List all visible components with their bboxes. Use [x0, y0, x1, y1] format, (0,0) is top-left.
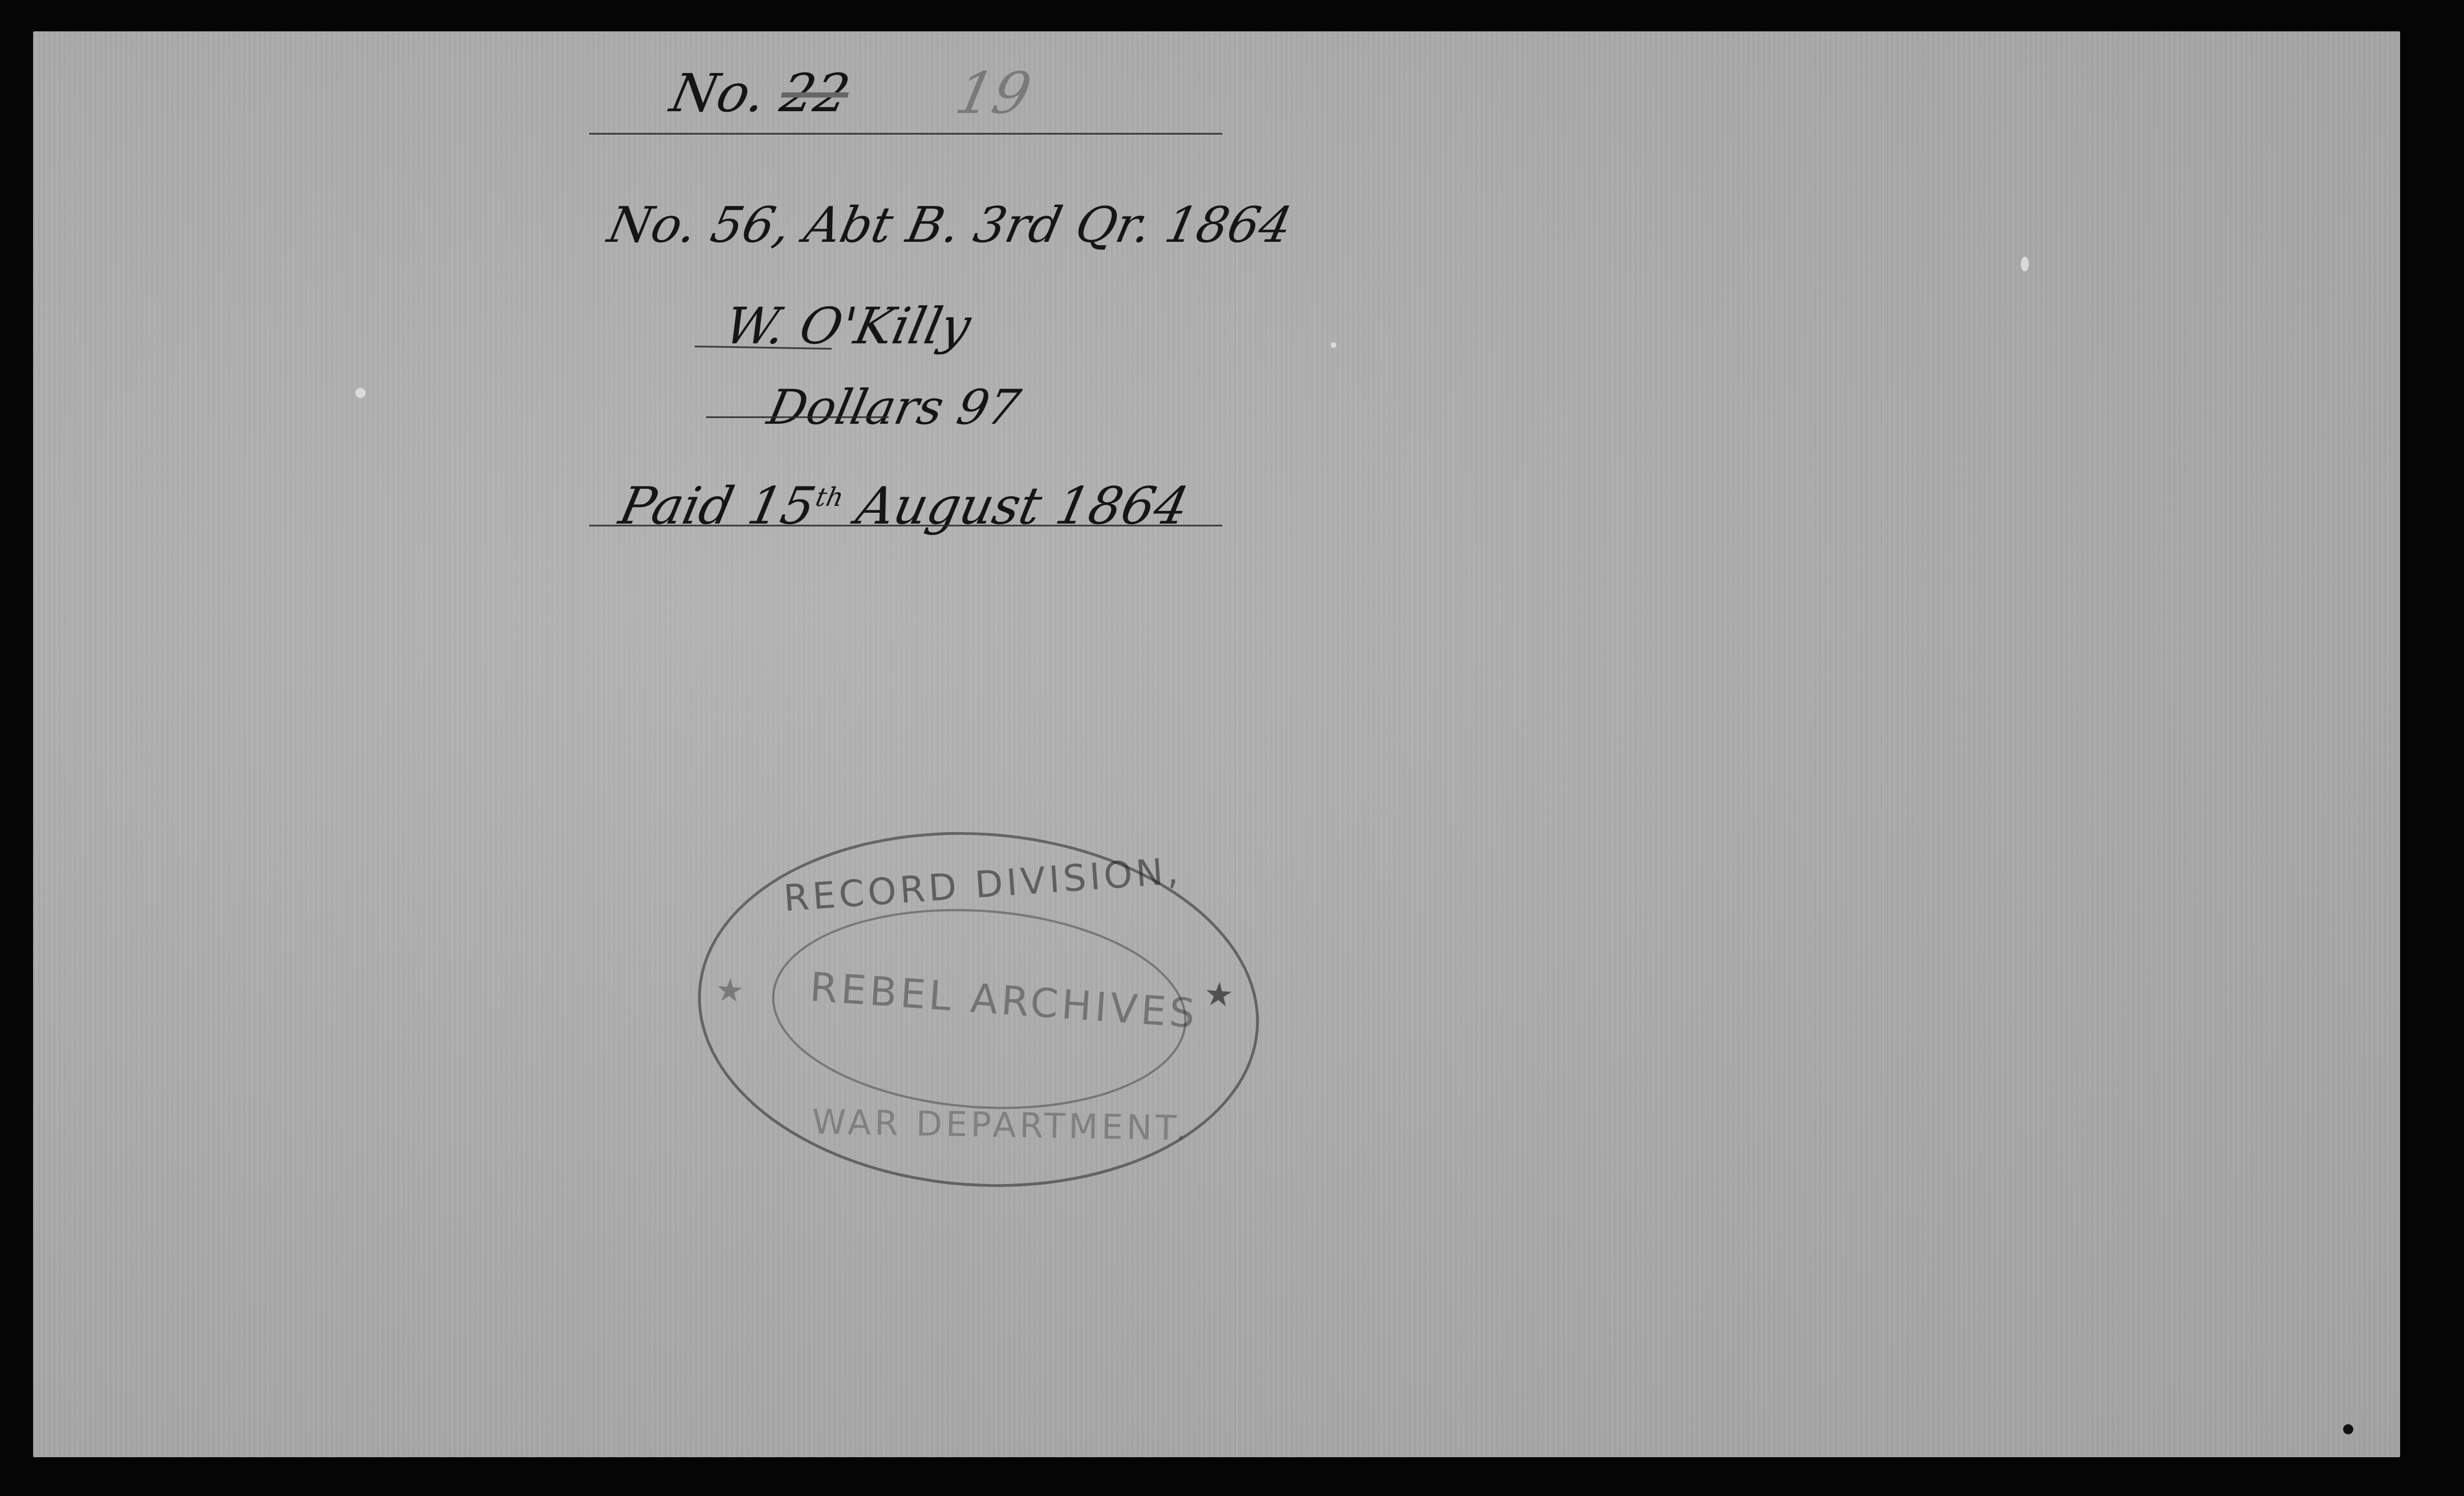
paid-day-suffix: th [813, 482, 846, 512]
amount: Dollars 97 [763, 379, 1025, 435]
paid-underline [589, 525, 1222, 526]
voucher-number-label: No. 22 [666, 63, 856, 124]
abstract-year: 1864 [1160, 197, 1297, 254]
number-label: No. [666, 63, 772, 124]
header-rule [589, 133, 1222, 135]
star-icon: ★ [714, 971, 745, 1010]
paper-speck [355, 388, 366, 398]
paper-speck [2021, 257, 2029, 271]
paid-line: Paid 15th August 1864 [614, 476, 1194, 536]
quarter-label: Qr. [1071, 197, 1157, 254]
stamp-bottom-text: WAR DEPARTMENT. [812, 1102, 1190, 1149]
document-page: No. 22 19 No. 56, Abt B. 3rd Qr. 1864 W.… [33, 31, 2400, 1457]
star-icon: ★ [1203, 974, 1235, 1015]
amount-underline [706, 416, 889, 418]
abstract-line: No. 56, Abt B. 3rd Qr. 1864 [603, 197, 1296, 254]
abstract-number: No. 56, [603, 197, 796, 254]
paid-month: August [851, 476, 1047, 536]
pencil-number: 19 [950, 60, 1037, 127]
paid-year: 1864 [1051, 476, 1194, 536]
record-division-stamp: RECORD DIVISION, REBEL ARCHIVES WAR DEPA… [686, 813, 1271, 1205]
ink-dot [2343, 1424, 2353, 1434]
abstract-label: Abt B. [800, 197, 966, 254]
quarter: 3rd [969, 197, 1067, 254]
paper-speck [1331, 342, 1336, 348]
fold-line-left [586, 31, 590, 1457]
paid-day: Paid 15 [614, 476, 821, 536]
fold-line-right [1881, 31, 1885, 1457]
number-struck: 22 [775, 63, 855, 124]
